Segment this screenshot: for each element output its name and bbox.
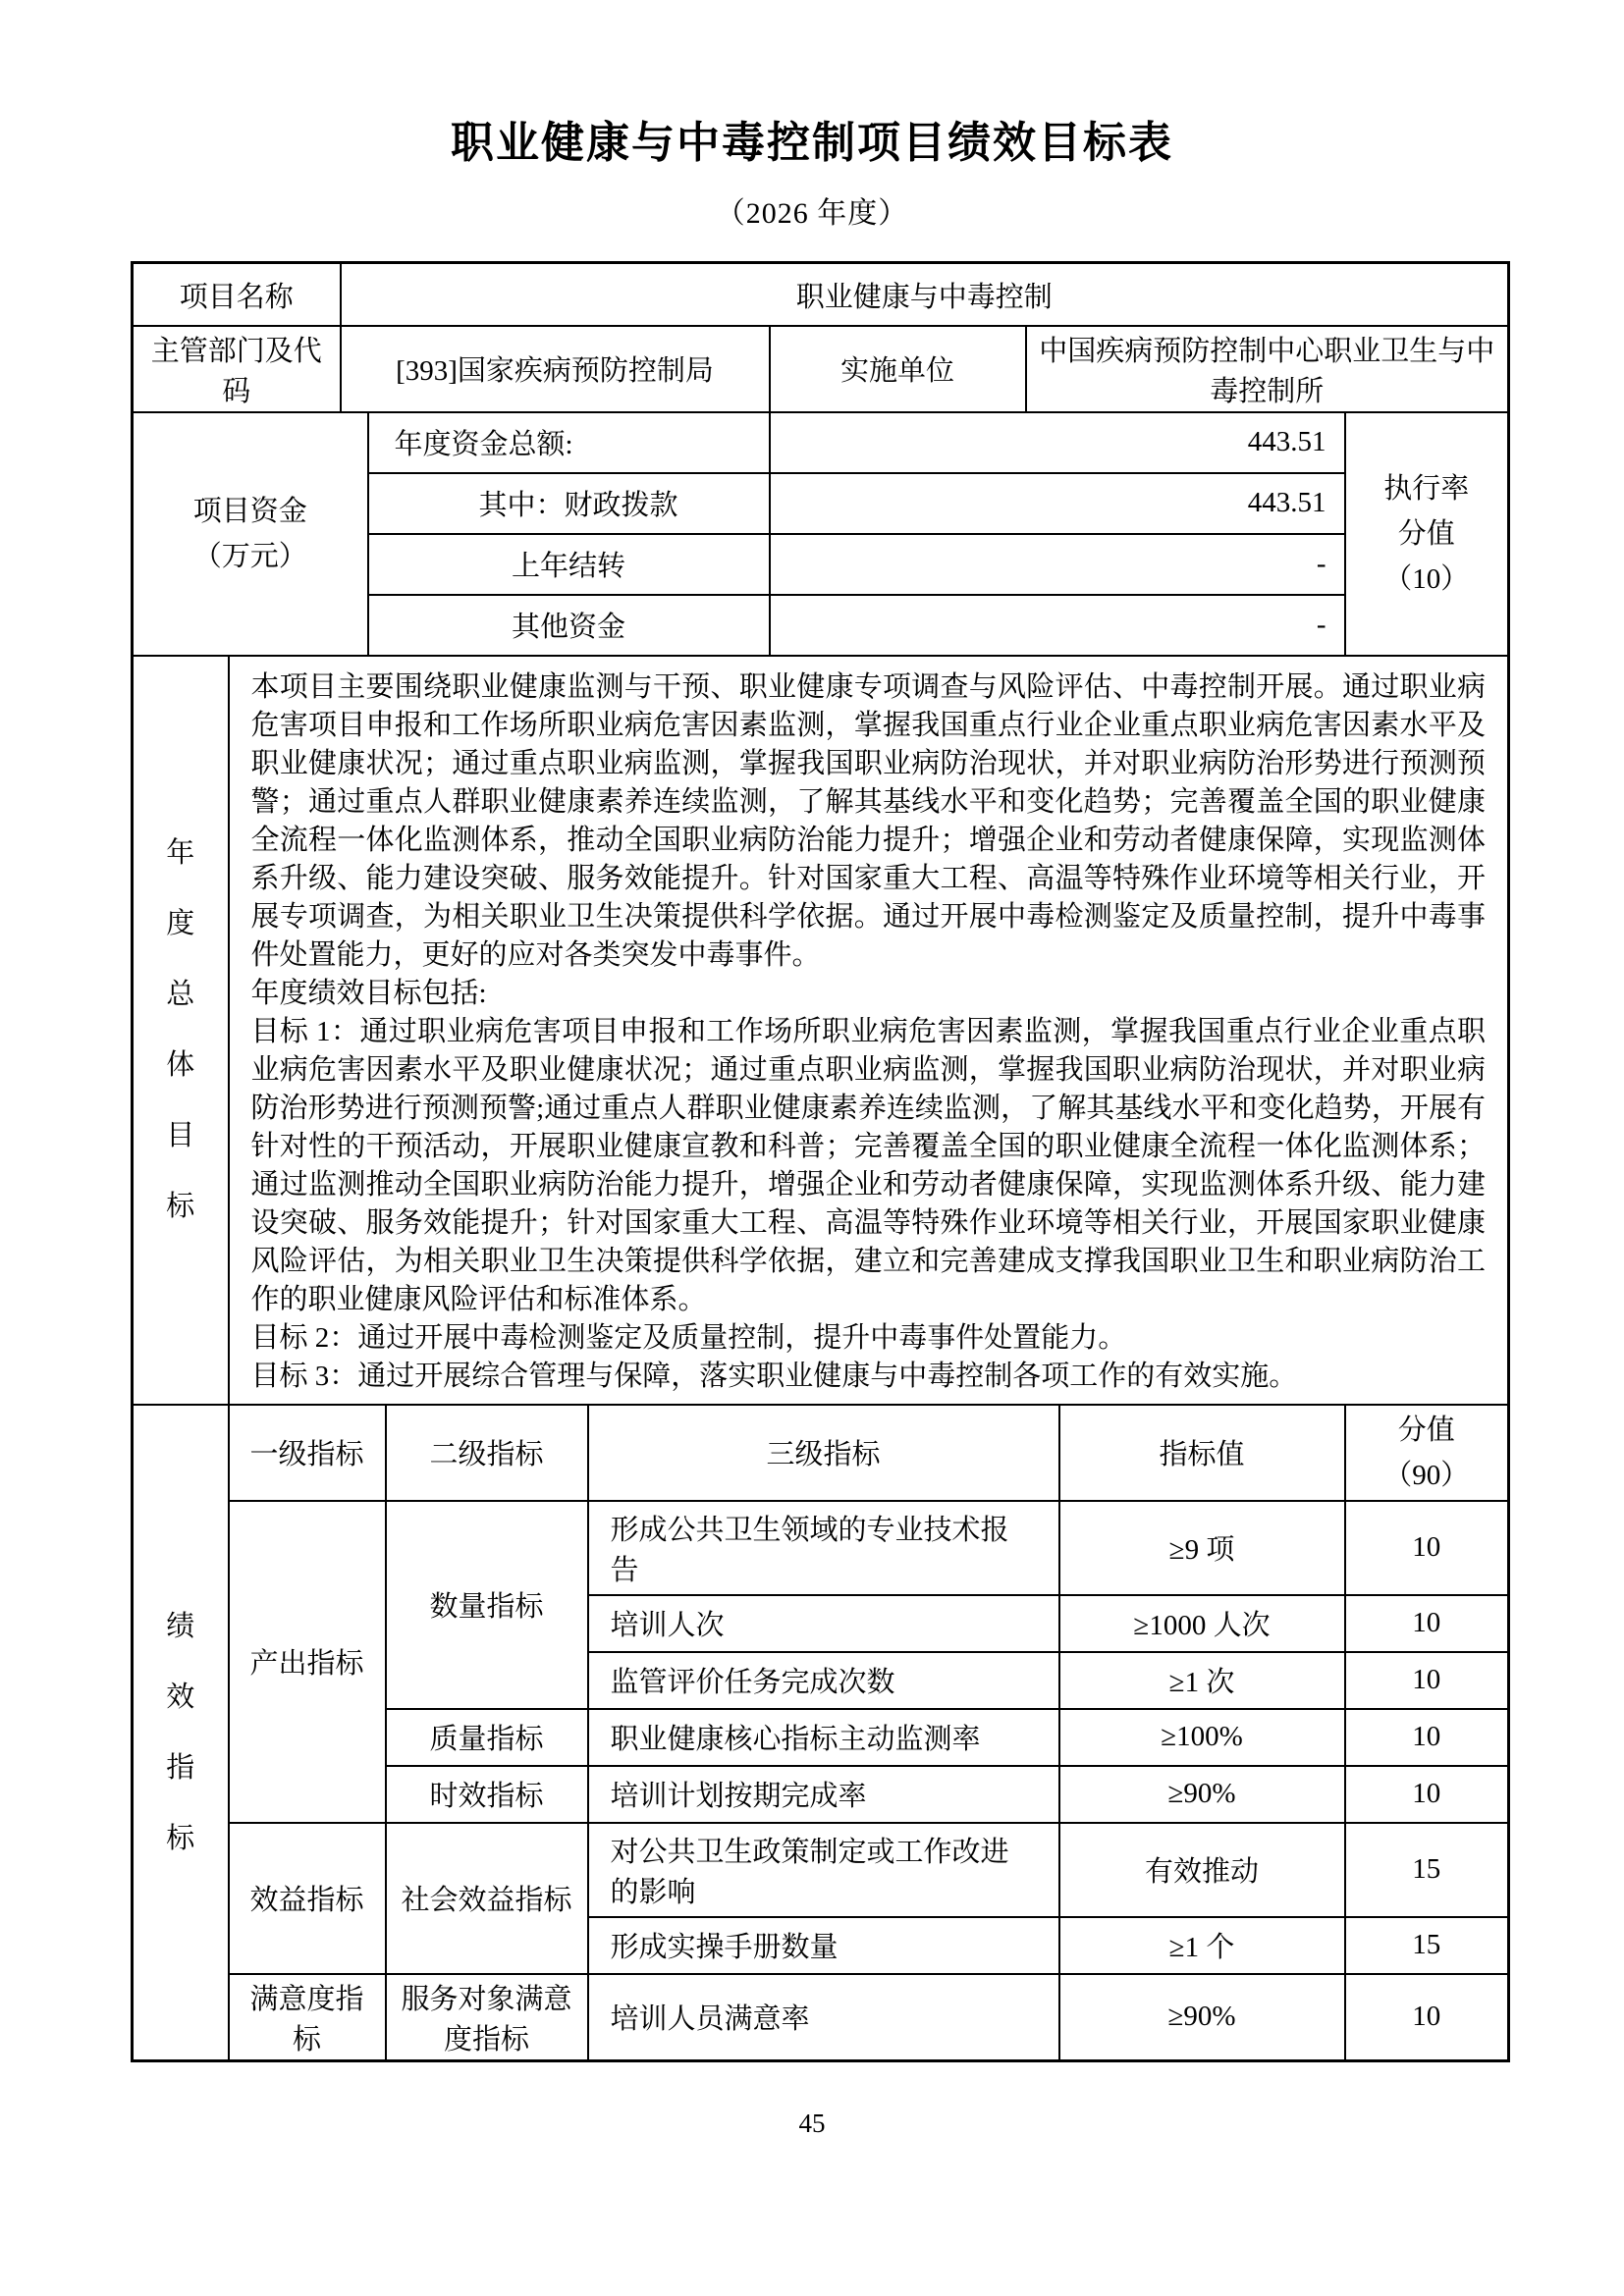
level3-indicator: 形成公共卫生领域的专业技术报告 xyxy=(588,1501,1059,1595)
department-label: 主管部门及代码 xyxy=(133,326,341,412)
level3-indicator: 培训人次 xyxy=(588,1595,1059,1652)
level3-indicator: 职业健康核心指标主动监测率 xyxy=(588,1709,1059,1766)
performance-target-table: 项目名称 职业健康与中毒控制 主管部门及代码 [393]国家疾病预防控制局 实施… xyxy=(131,261,1510,2062)
indicator-score: 10 xyxy=(1345,1501,1509,1595)
indicator-row: 满意度指标 服务对象满意度指标 培训人员满意率 ≥90% 10 xyxy=(133,1974,1509,2061)
funding-row-total: 项目资金 （万元） 年度资金总额: 443.51 执行率 分值 （10） xyxy=(133,412,1509,473)
document-subtitle: （2026 年度） xyxy=(0,188,1624,232)
annual-goal-label: 年度总体目标 xyxy=(166,818,194,1242)
funding-other-label: 其他资金 xyxy=(368,595,770,656)
annual-goal-label-cell: 年度总体目标 xyxy=(133,656,229,1405)
annual-goal-paragraph: 目标 2：通过开展中毒检测鉴定及质量控制，提升中毒事件处置能力。 xyxy=(251,1319,1487,1358)
funding-other-value: - xyxy=(770,595,1345,656)
indicator-row: 产出指标 数量指标 形成公共卫生领域的专业技术报告 ≥9 项 10 xyxy=(133,1501,1509,1595)
indicator-value: ≥1 次 xyxy=(1059,1652,1345,1709)
level3-indicator: 形成实操手册数量 xyxy=(588,1917,1059,1974)
project-name-row: 项目名称 职业健康与中毒控制 xyxy=(133,263,1509,326)
indicator-value: ≥9 项 xyxy=(1059,1501,1345,1595)
funding-carryover-label: 上年结转 xyxy=(368,534,770,595)
level2-social-benefit: 社会效益指标 xyxy=(386,1823,588,1974)
indicator-value: ≥100% xyxy=(1059,1709,1345,1766)
indicator-score: 10 xyxy=(1345,1595,1509,1652)
annual-goal-paragraph: 目标 1：通过职业病危害项目申报和工作场所职业病危害因素监测，掌握我国重点行业企… xyxy=(251,1013,1487,1319)
level3-indicator: 培训计划按期完成率 xyxy=(588,1766,1059,1823)
document-title: 职业健康与中毒控制项目绩效目标表 xyxy=(0,0,1624,167)
project-name-label: 项目名称 xyxy=(133,263,341,326)
level3-indicator: 监管评价任务完成次数 xyxy=(588,1652,1059,1709)
annual-goal-paragraph: 目标 3：通过开展综合管理与保障，落实职业健康与中毒控制各项工作的有效实施。 xyxy=(251,1358,1487,1396)
funding-total-value: 443.51 xyxy=(770,412,1345,473)
project-name-value: 职业健康与中毒控制 xyxy=(341,263,1509,326)
annual-goal-paragraph: 本项目主要围绕职业健康监测与干预、职业健康专项调查与风险评估、中毒控制开展。通过… xyxy=(251,668,1487,975)
implementing-unit-value: 中国疾病预防控制中心职业卫生与中毒控制所 xyxy=(1026,326,1509,412)
execution-rate-score-label: 执行率 分值 （10） xyxy=(1345,412,1509,656)
indicator-value: ≥90% xyxy=(1059,1974,1345,2061)
indicator-score: 10 xyxy=(1345,1974,1509,2061)
level2-service-satisfaction: 服务对象满意度指标 xyxy=(386,1974,588,2061)
level3-indicator: 培训人员满意率 xyxy=(588,1974,1059,2061)
level1-satisfaction: 满意度指标 xyxy=(229,1974,386,2061)
indicator-row: 效益指标 社会效益指标 对公共卫生政策制定或工作改进的影响 有效推动 15 xyxy=(133,1823,1509,1917)
indicators-label: 绩效指标 xyxy=(166,1591,194,1874)
indicator-score: 15 xyxy=(1345,1917,1509,1974)
funding-carryover-value: - xyxy=(770,534,1345,595)
header-indicator-value: 指标值 xyxy=(1059,1405,1345,1501)
annual-goal-paragraph: 年度绩效目标包括: xyxy=(251,975,1487,1013)
implementing-unit-label: 实施单位 xyxy=(770,326,1026,412)
level1-benefit: 效益指标 xyxy=(229,1823,386,1974)
indicator-value: ≥1000 人次 xyxy=(1059,1595,1345,1652)
annual-goal-text-cell: 本项目主要围绕职业健康监测与干预、职业健康专项调查与风险评估、中毒控制开展。通过… xyxy=(229,656,1509,1405)
indicator-score: 15 xyxy=(1345,1823,1509,1917)
level2-quantity: 数量指标 xyxy=(386,1501,588,1709)
indicator-value: ≥1 个 xyxy=(1059,1917,1345,1974)
department-value: [393]国家疾病预防控制局 xyxy=(341,326,770,412)
header-level3: 三级指标 xyxy=(588,1405,1059,1501)
header-score: 分值 （90） xyxy=(1345,1405,1509,1501)
indicators-label-cell: 绩效指标 xyxy=(133,1405,229,2061)
indicator-value: ≥90% xyxy=(1059,1766,1345,1823)
funding-fiscal-label: 其中：财政拨款 xyxy=(368,473,770,534)
level2-quality: 质量指标 xyxy=(386,1709,588,1766)
indicator-score: 10 xyxy=(1345,1709,1509,1766)
document-page: 职业健康与中毒控制项目绩效目标表 （2026 年度） 项目名称 职业健康与中毒控… xyxy=(0,0,1624,2296)
annual-goal-row: 年度总体目标 本项目主要围绕职业健康监测与干预、职业健康专项调查与风险评估、中毒… xyxy=(133,656,1509,1405)
indicator-score: 10 xyxy=(1345,1766,1509,1823)
indicator-value: 有效推动 xyxy=(1059,1823,1345,1917)
indicators-header-row: 绩效指标 一级指标 二级指标 三级指标 指标值 分值 （90） xyxy=(133,1405,1509,1501)
page-number: 45 xyxy=(0,2109,1624,2139)
funding-fiscal-value: 443.51 xyxy=(770,473,1345,534)
funding-label: 项目资金 （万元） xyxy=(133,412,368,656)
department-row: 主管部门及代码 [393]国家疾病预防控制局 实施单位 中国疾病预防控制中心职业… xyxy=(133,326,1509,412)
indicator-score: 10 xyxy=(1345,1652,1509,1709)
level2-timeliness: 时效指标 xyxy=(386,1766,588,1823)
level3-indicator: 对公共卫生政策制定或工作改进的影响 xyxy=(588,1823,1059,1917)
level1-output: 产出指标 xyxy=(229,1501,386,1823)
funding-total-label: 年度资金总额: xyxy=(368,412,770,473)
header-level1: 一级指标 xyxy=(229,1405,386,1501)
header-level2: 二级指标 xyxy=(386,1405,588,1501)
